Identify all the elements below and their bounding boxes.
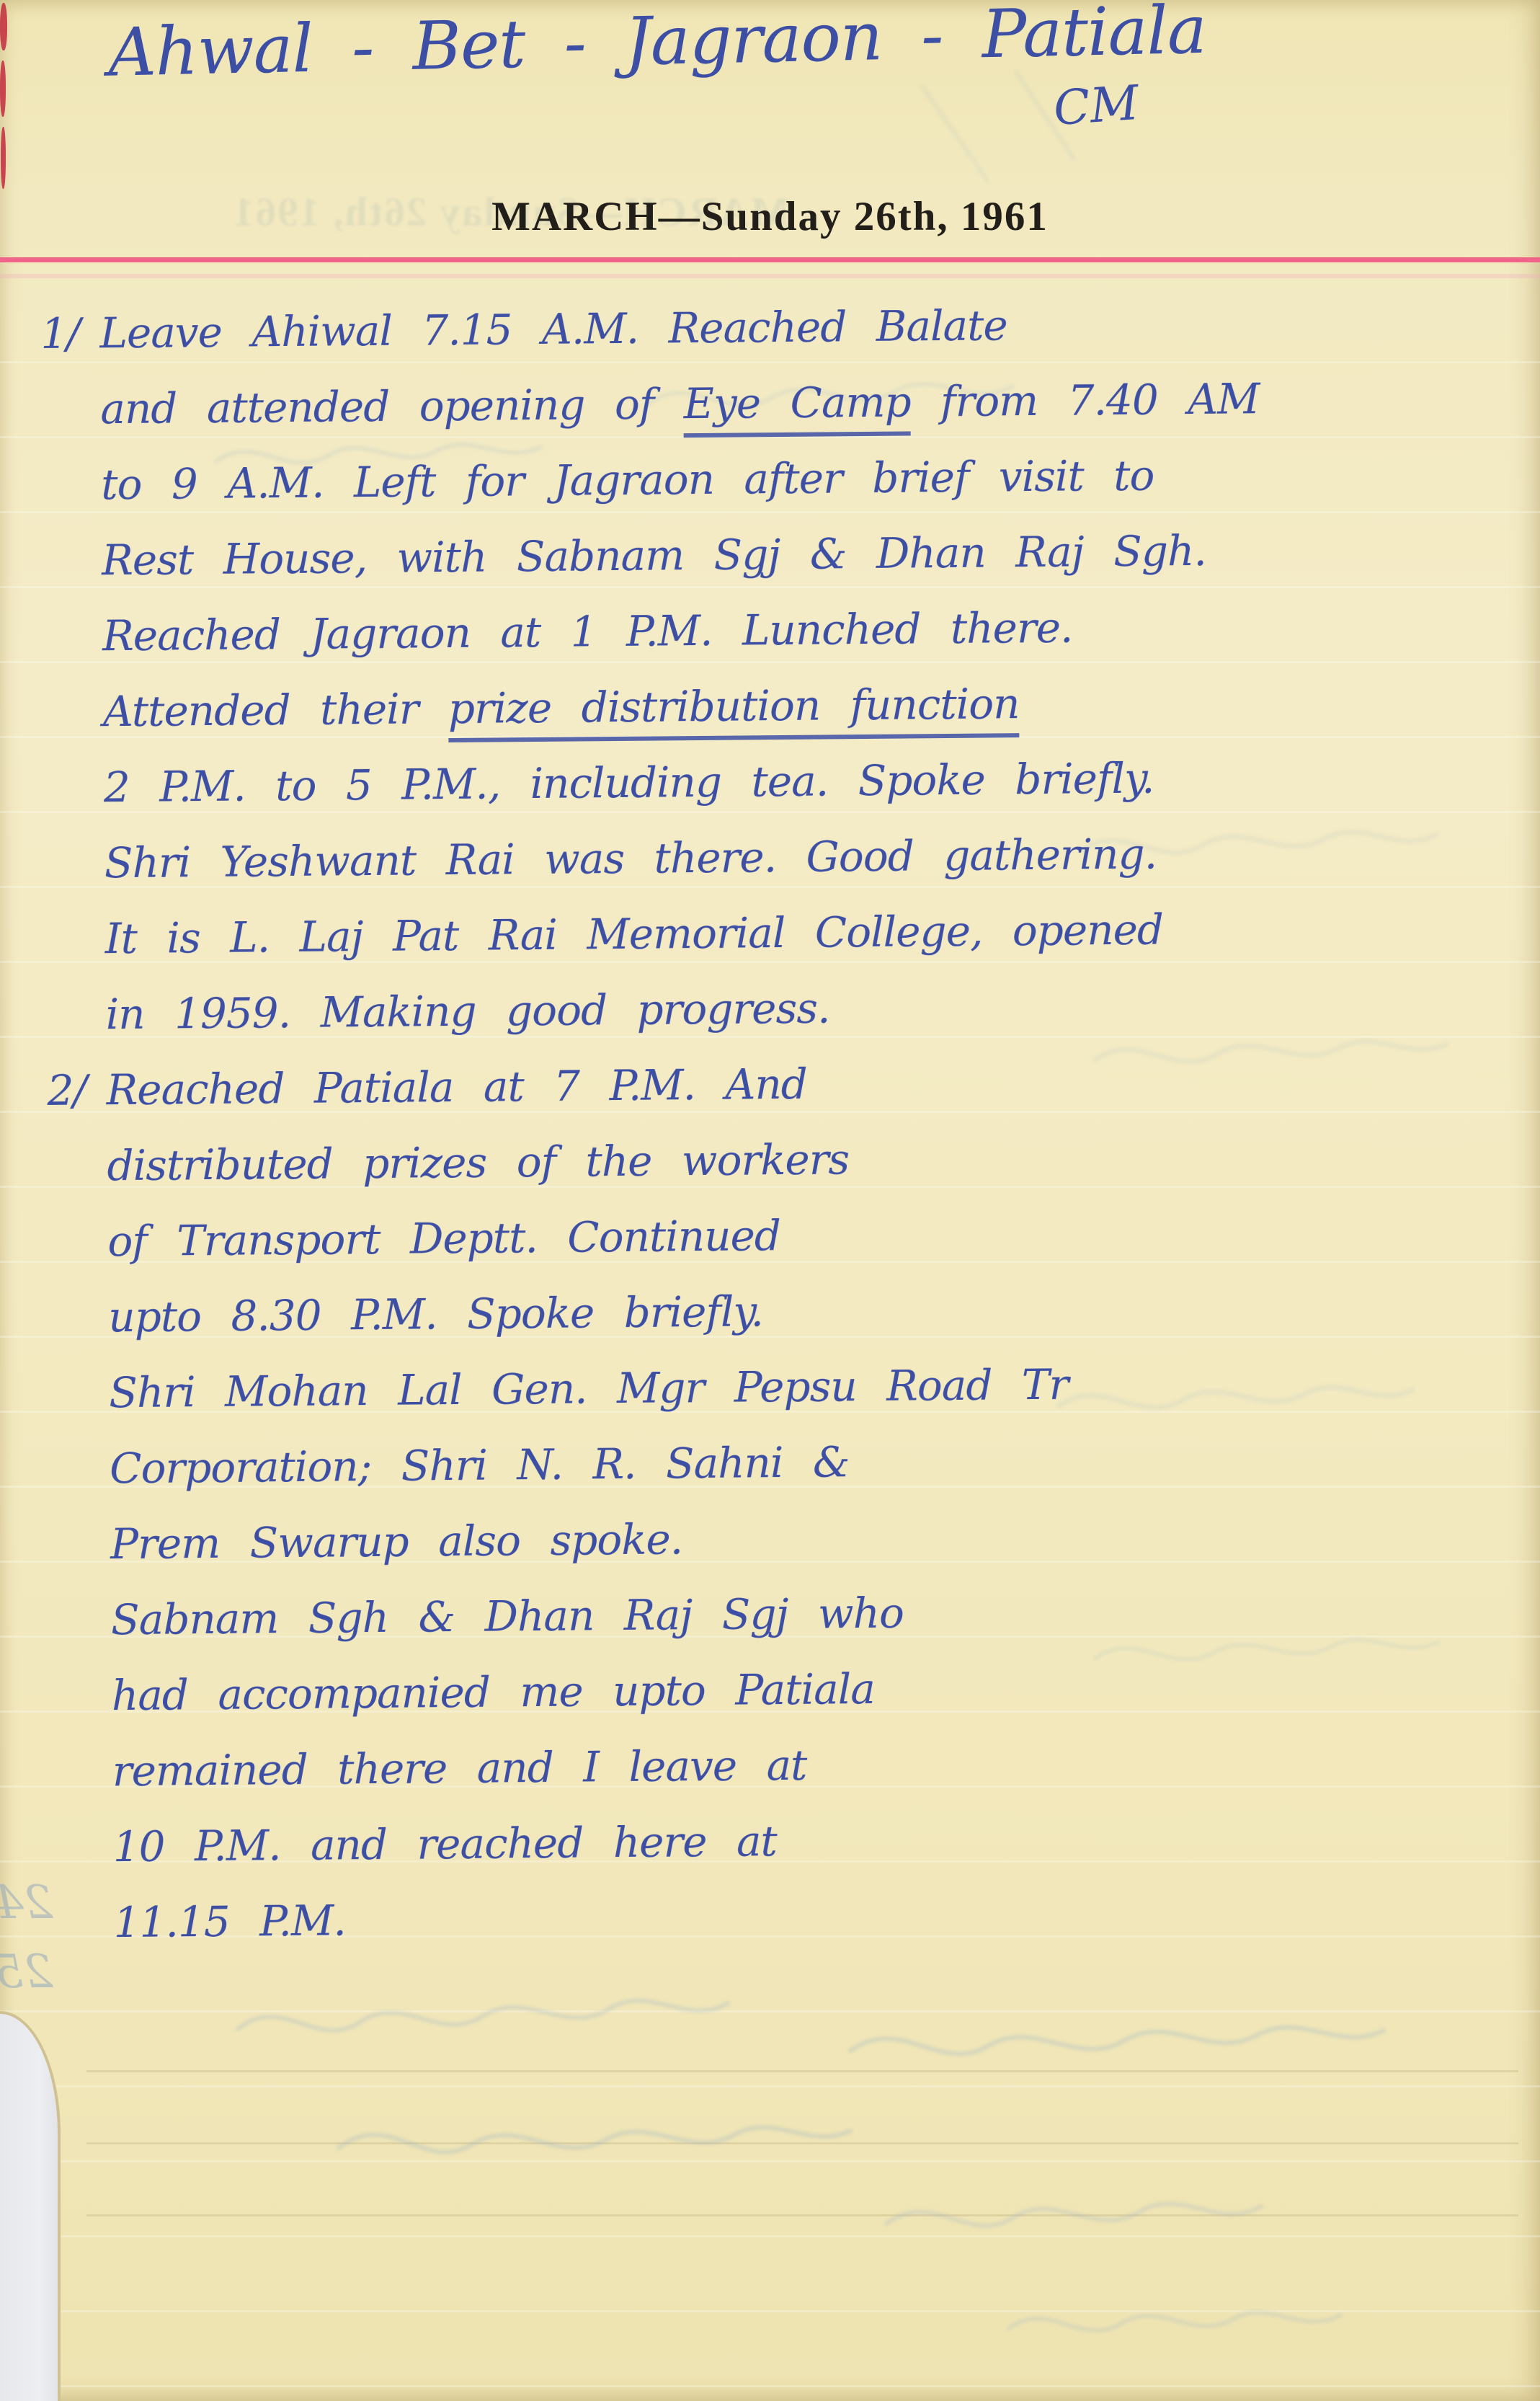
bleedthrough-number: 25: [0, 1938, 53, 2007]
handwritten-text: Shri Yeshwant Rai was there. Good gather…: [104, 829, 1157, 887]
red-edge-mark: [1, 127, 6, 189]
handwritten-text: Attended their: [103, 684, 448, 736]
handwritten-text: remained there and I leave at: [112, 1741, 807, 1796]
faint-rule: [86, 2214, 1518, 2216]
handwritten-text: distributed prizes of the workers: [107, 1135, 849, 1190]
handwritten-text: Reached Jagraon at 1 P.M. Lunched there.: [102, 603, 1073, 660]
diary-entry-body: 1/Leave Ahiwal 7.15 A.M. Reached Balatea…: [39, 283, 1528, 1961]
handwritten-text: Corporation; Shri N. R. Sahni &: [110, 1437, 850, 1493]
diary-line: Prem Swarup also spoke.: [50, 1494, 1526, 1583]
diary-line: in 1959. Making good progress.: [45, 964, 1521, 1053]
diary-line: upto 8.30 P.M. Spoke briefly.: [48, 1267, 1523, 1356]
handwritten-text: Prem Swarup also spoke.: [110, 1514, 683, 1568]
entry-number: 1/: [40, 296, 80, 371]
red-edge-mark: [0, 3, 7, 50]
diary-line: Sabnam Sgh & Dhan Raj Sgj who: [50, 1570, 1526, 1659]
diary-line: had accompanied me upto Patiala: [50, 1646, 1526, 1734]
bleedthrough-page-numbers: 2425: [0, 1868, 53, 2007]
handwritten-text: from 7.40 AM: [910, 374, 1259, 426]
handwritten-text: Rest House, with Sabnam Sgj & Dhan Raj S…: [102, 526, 1206, 585]
underlined-handwritten-text: Eye Camp: [683, 377, 911, 438]
diary-line: Corporation; Shri N. R. Sahni &: [49, 1419, 1525, 1507]
handwritten-text: had accompanied me upto Patiala: [112, 1664, 875, 1720]
handwritten-text: in 1959. Making good progress.: [105, 983, 829, 1039]
diary-line: distributed prizes of the workers: [46, 1116, 1522, 1204]
entry-number: 2/: [47, 1052, 86, 1128]
diary-line: 11.15 P.M.: [53, 1873, 1528, 1961]
diary-line: Reached Jagraon at 1 P.M. Lunched there.: [42, 586, 1518, 675]
underlined-handwritten-text: prize distribution function: [448, 679, 1020, 742]
pink-rule-echo: [0, 274, 1540, 278]
handwritten-text: upto 8.30 P.M. Spoke briefly.: [108, 1287, 763, 1341]
diary-line: 10 P.M. and reached here at: [52, 1797, 1528, 1886]
diary-line: to 9 A.M. Left for Jagraon after brief v…: [40, 435, 1516, 523]
handwritten-text: 11.15 P.M.: [113, 1896, 346, 1947]
handwritten-text: It is L. Laj Pat Rai Memorial College, o…: [104, 905, 1163, 963]
handwritten-text: 2 P.M. to 5 P.M., including tea. Spoke b…: [104, 753, 1154, 812]
diary-line: 1/Leave Ahiwal 7.15 A.M. Reached Balate: [39, 283, 1515, 372]
diary-line: 2 P.M. to 5 P.M., including tea. Spoke b…: [43, 737, 1518, 826]
diary-line: Attended their prize distribution functi…: [43, 662, 1518, 750]
route-initials: CM: [1051, 75, 1140, 136]
diary-line: It is L. Laj Pat Rai Memorial College, o…: [44, 889, 1520, 977]
handwritten-text: Sabnam Sgh & Dhan Raj Sgj who: [111, 1589, 904, 1645]
handwritten-text: and attended opening of: [100, 379, 684, 433]
handwritten-text: to 9 A.M. Left for Jagraon after brief v…: [101, 451, 1154, 509]
diary-page-scan: MARCH—Sunday 26th, 1961 Ahwal - Bet - Ja…: [0, 0, 1540, 2401]
faint-rule: [86, 2070, 1518, 2072]
handwritten-text: Leave Ahiwal 7.15 A.M. Reached Balate: [99, 301, 1007, 358]
handwritten-text: of Transport Deptt. Continued: [107, 1211, 780, 1266]
printed-date-header: MARCH—Sunday 26th, 1961: [0, 193, 1540, 240]
handwritten-text: 10 P.M. and reached here at: [112, 1816, 777, 1871]
bleedthrough-number: 24: [0, 1868, 53, 1938]
diary-line: Shri Yeshwant Rai was there. Good gather…: [43, 813, 1519, 902]
diary-line: Rest House, with Sabnam Sgj & Dhan Raj S…: [41, 510, 1517, 599]
diary-line: 2/Reached Patiala at 7 P.M. And: [45, 1040, 1521, 1129]
faint-rule: [86, 2142, 1518, 2144]
handwritten-text: Shri Mohan Lal Gen. Mgr Pepsu Road Tr: [109, 1360, 1069, 1418]
route-header-handwritten: Ahwal - Bet - Jagraon - Patiala: [107, 0, 1190, 92]
red-edge-mark: [0, 61, 6, 117]
handwritten-text: Reached Patiala at 7 P.M. And: [106, 1060, 807, 1114]
diary-line: Shri Mohan Lal Gen. Mgr Pepsu Road Tr: [48, 1343, 1524, 1432]
page-corner-cutout: [0, 2011, 61, 2401]
diary-line: of Transport Deptt. Continued: [47, 1191, 1523, 1280]
diary-line: and attended opening of Eye Camp from 7.…: [40, 359, 1515, 448]
diary-line: remained there and I leave at: [51, 1721, 1527, 1810]
pink-rule: [0, 257, 1540, 262]
